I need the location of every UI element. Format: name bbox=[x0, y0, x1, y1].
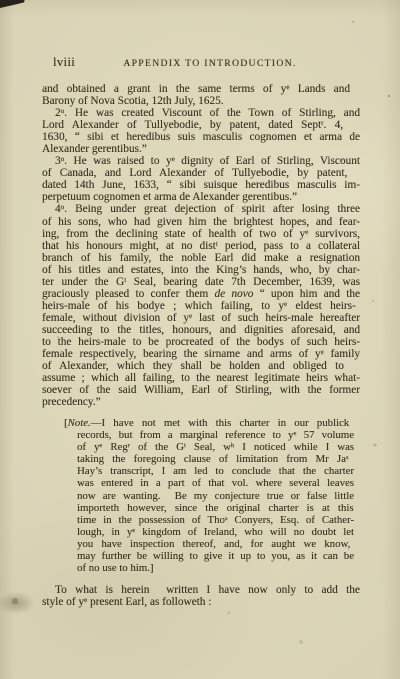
text-line: of Canada, and Lord Alexander of Tullyeb… bbox=[42, 167, 360, 179]
text-line-content: records, but from a marginal reference t… bbox=[77, 429, 354, 441]
text-line-content: ing, from the declining state of health … bbox=[42, 228, 360, 240]
text-line: importeth however, since the original ch… bbox=[64, 502, 354, 514]
text-line: records, but from a marginal reference t… bbox=[64, 429, 354, 441]
text-line-content: now are wanting. Be my conjecture true o… bbox=[77, 490, 354, 502]
text-line-content: graciously pleased to confer them de nov… bbox=[42, 288, 360, 300]
text-line-content: of Canada, and Lord Alexander of Tullyeb… bbox=[42, 167, 347, 179]
text-line-content: assume ; which all failing, to the neare… bbox=[42, 372, 360, 384]
text-line: Hay’s transcript, I am led to conclude t… bbox=[64, 465, 354, 477]
text-line-content: female, without division of ye last of s… bbox=[42, 312, 360, 324]
running-title: APPENDIX TO INTRODUCTION. bbox=[42, 58, 378, 69]
text-line-content: may further be willing to give it up to … bbox=[77, 550, 354, 562]
text-line-content: 4o. Being under great dejection of spiri… bbox=[55, 203, 360, 215]
text-line-content: and obtained a grant in the same terms o… bbox=[42, 83, 350, 95]
text-line-content: that his honours might, at no distt peri… bbox=[42, 240, 360, 252]
text-line: graciously pleased to confer them de nov… bbox=[42, 288, 360, 300]
text-line-content: Alexander gerentibus.” bbox=[42, 143, 147, 155]
running-head: lviii APPENDIX TO INTRODUCTION. bbox=[42, 55, 362, 70]
text-line-content: lough, in ye kingdom of Ireland, who wil… bbox=[77, 526, 354, 538]
text-line: ing, from the declining state of health … bbox=[42, 228, 360, 240]
text-line: of ye Regr of the Gt Seal, wh I noticed … bbox=[64, 441, 354, 453]
paper-specks bbox=[0, 0, 2, 2]
text-line: lough, in ye kingdom of Ireland, who wil… bbox=[64, 526, 354, 538]
text-line-content: To what is herein written I have now onl… bbox=[55, 584, 360, 596]
text-line: time in the possession of Thos Conyers, … bbox=[64, 514, 354, 526]
text-line-content: soever of the said William, Earl of Stir… bbox=[42, 384, 360, 396]
text-line: assume ; which all failing, to the neare… bbox=[42, 372, 360, 384]
text-line-content: branch of his family, the noble Earl did… bbox=[42, 252, 360, 264]
text-line: 1630, “ sibi et heredibus suis masculis … bbox=[42, 131, 360, 143]
text-line-content: of his titles and estates, into the King… bbox=[42, 264, 360, 276]
text-line: to the heirs-male to be procreated of th… bbox=[42, 336, 360, 348]
text-line-content: dated 14th June, 1633, “ sibi suisque he… bbox=[42, 179, 360, 191]
text-line-content: female respectively, bearing the sirname… bbox=[42, 348, 360, 360]
text-line-content: of his sons, who had given him the brigh… bbox=[42, 216, 360, 228]
scan-corner-artifact bbox=[0, 0, 25, 9]
text-line-content: succeeding to the titles, honours, and d… bbox=[42, 324, 360, 336]
text-line-content: importeth however, since the original ch… bbox=[77, 502, 354, 514]
text-line: now are wanting. Be my conjecture true o… bbox=[64, 490, 354, 502]
text-line-content: [Note.—I have not met with this charter … bbox=[64, 417, 349, 429]
text-line: 2o. He was created Viscount of the Town … bbox=[42, 107, 360, 119]
text-line-content: you have inspection thereof, and, for au… bbox=[77, 538, 350, 550]
text-line: of Alexander, which they shall be holden… bbox=[42, 360, 360, 372]
note-block: [Note.—I have not met with this charter … bbox=[64, 417, 354, 574]
text-line: heirs-male of his bodye ; which failing,… bbox=[42, 300, 360, 312]
text-line-content: taking the foregoing clause of limitatio… bbox=[77, 453, 349, 465]
text-line-content: perpetuum cognomen et arma de Alexander … bbox=[42, 191, 297, 203]
text-line: 3o. He was raised to ye dignity of Earl … bbox=[42, 155, 360, 167]
text-line: was entered in a part of that vol. where… bbox=[64, 477, 354, 489]
text-line: Lord Alexander of Tullyebodie, by patent… bbox=[42, 119, 360, 131]
text-line: To what is herein written I have now onl… bbox=[42, 584, 360, 596]
closing-paragraph-block: To what is herein written I have now onl… bbox=[42, 584, 360, 609]
body-text-block: and obtained a grant in the same terms o… bbox=[42, 83, 360, 408]
text-line: soever of the said William, Earl of Stir… bbox=[42, 384, 360, 396]
text-line-content: 1630, “ sibi et heredibus suis masculis … bbox=[42, 131, 360, 143]
text-line: Alexander gerentibus.” bbox=[42, 143, 360, 155]
text-line: perpetuum cognomen et arma de Alexander … bbox=[42, 191, 360, 203]
text-line: dated 14th June, 1633, “ sibi suisque he… bbox=[42, 179, 360, 191]
book-page: lviii APPENDIX TO INTRODUCTION. and obta… bbox=[0, 0, 400, 679]
text-line: female respectively, bearing the sirname… bbox=[42, 348, 360, 360]
text-line-content: to the heirs-male to be procreated of th… bbox=[42, 336, 360, 348]
text-line: ter under the Gt Seal, bearing date 7th … bbox=[42, 276, 360, 288]
text-line: taking the foregoing clause of limitatio… bbox=[64, 453, 354, 465]
text-line-content: style of ye present Earl, as followeth : bbox=[42, 596, 211, 608]
text-line-content: 3o. He was raised to ye dignity of Earl … bbox=[55, 155, 360, 167]
text-line: of his sons, who had given him the brigh… bbox=[42, 216, 360, 228]
text-line-content: 2o. He was created Viscount of the Town … bbox=[55, 107, 360, 119]
text-line: may further be willing to give it up to … bbox=[64, 550, 354, 562]
text-line: 4o. Being under great dejection of spiri… bbox=[42, 203, 360, 215]
text-line-content: Hay’s transcript, I am led to conclude t… bbox=[77, 465, 354, 477]
text-line: and obtained a grant in the same terms o… bbox=[42, 83, 360, 95]
text-line: [Note.—I have not met with this charter … bbox=[64, 417, 354, 429]
text-line-content: Barony of Nova Scotia, 12th July, 1625. bbox=[42, 95, 224, 107]
text-line: branch of his family, the noble Earl did… bbox=[42, 252, 360, 264]
text-line: that his honours might, at no distt peri… bbox=[42, 240, 360, 252]
text-line-content: of ye Regr of the Gt Seal, wh I noticed … bbox=[77, 441, 354, 453]
text-line-content: of no use to him.] bbox=[77, 562, 153, 574]
text-line-content: time in the possession of Thos Conyers, … bbox=[77, 514, 354, 526]
text-line: Barony of Nova Scotia, 12th July, 1625. bbox=[42, 95, 360, 107]
text-line-content: was entered in a part of that vol. where… bbox=[77, 477, 354, 489]
text-line-content: ter under the Gt Seal, bearing date 7th … bbox=[42, 276, 360, 288]
text-line-content: Lord Alexander of Tullyebodie, by patent… bbox=[42, 119, 343, 131]
text-line: female, without division of ye last of s… bbox=[42, 312, 360, 324]
text-line: succeeding to the titles, honours, and d… bbox=[42, 324, 360, 336]
text-line: you have inspection thereof, and, for au… bbox=[64, 538, 354, 550]
text-line-content: of Alexander, which they shall be holden… bbox=[42, 360, 344, 372]
text-line: style of ye present Earl, as followeth : bbox=[42, 596, 360, 608]
text-line: of no use to him.] bbox=[64, 562, 354, 574]
text-line-content: precedency.” bbox=[42, 396, 101, 408]
text-line: precedency.” bbox=[42, 396, 360, 408]
text-line: of his titles and estates, into the King… bbox=[42, 264, 360, 276]
text-line-content: heirs-male of his bodye ; which failing,… bbox=[42, 300, 356, 312]
